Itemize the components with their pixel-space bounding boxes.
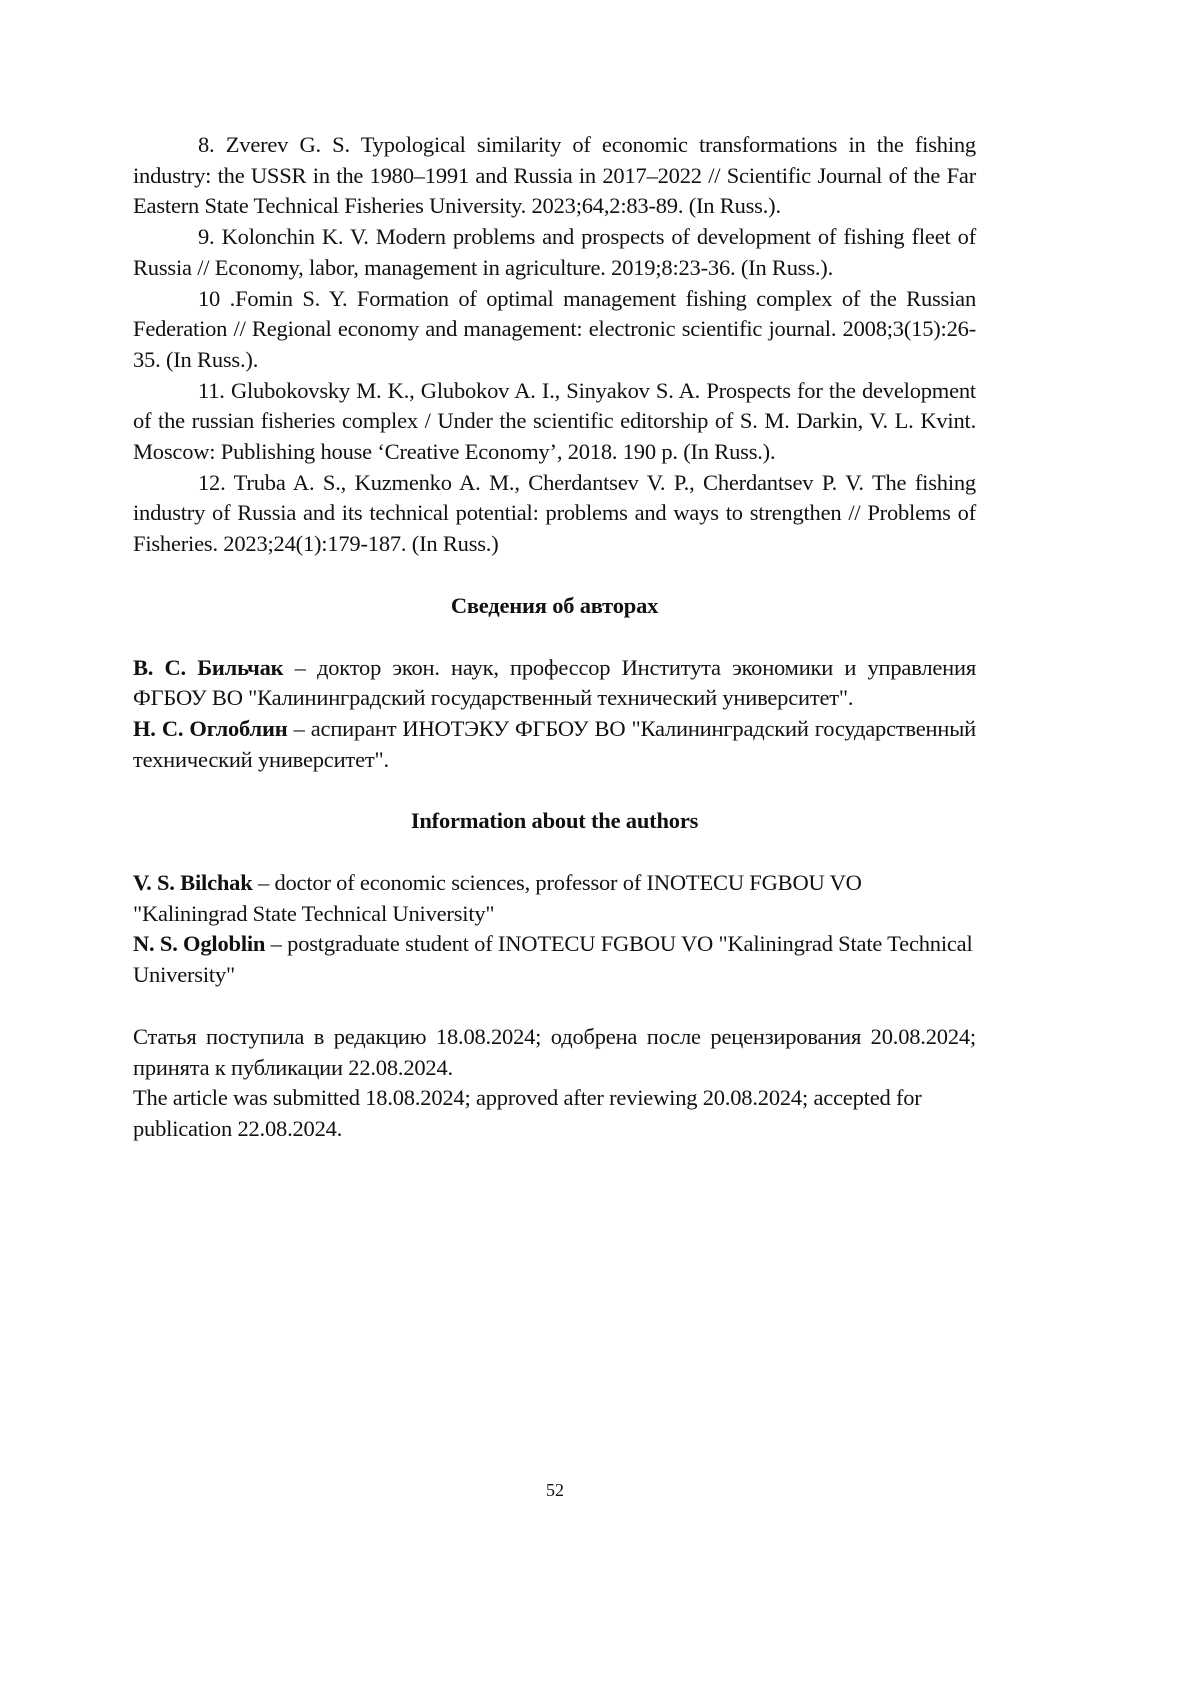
reference-text: Truba A. S., Kuzmenko A. M., Cherdantsev…: [133, 470, 976, 556]
author-separator: –: [288, 716, 311, 741]
reference-text: Kolonchin K. V. Modern problems and pros…: [133, 224, 976, 280]
reference-item: 12. Truba A. S., Kuzmenko A. M., Cherdan…: [133, 468, 976, 560]
authors-en-title: Information about the authors: [133, 806, 976, 837]
author-entry: V. S. Bilchak – doctor of economic scien…: [133, 868, 976, 929]
reference-item: 11. Glubokovsky M. K., Glubokov A. I., S…: [133, 376, 976, 468]
document-page: 8. Zverev G. S. Typological similarity o…: [133, 130, 976, 1145]
author-name: В. С. Бильчак: [133, 655, 283, 680]
reference-number: 8.: [198, 132, 214, 157]
article-dates-ru: Статья поступила в редакцию 18.08.2024; …: [133, 1022, 976, 1083]
article-dates-en: The article was submitted 18.08.2024; ap…: [133, 1083, 976, 1144]
authors-ru-title: Сведения об авторах: [133, 591, 976, 622]
author-entry: В. С. Бильчак – доктор экон. наук, профе…: [133, 653, 976, 714]
reference-text: Fomin S. Y. Formation of optimal managem…: [133, 286, 976, 372]
authors-ru-section: В. С. Бильчак – доктор экон. наук, профе…: [133, 653, 976, 776]
author-entry: N. S. Ogloblin – postgraduate student of…: [133, 929, 976, 990]
author-separator: –: [265, 931, 287, 956]
reference-number: 9.: [198, 224, 214, 249]
reference-text: Zverev G. S. Typological similarity of e…: [133, 132, 976, 218]
reference-number: 11.: [198, 378, 225, 403]
author-separator: –: [253, 870, 275, 895]
author-name: Н. С. Оглоблин: [133, 716, 288, 741]
author-entry: Н. С. Оглоблин – аспирант ИНОТЭКУ ФГБОУ …: [133, 714, 976, 775]
page-number: 52: [0, 1480, 1110, 1501]
author-name: N. S. Ogloblin: [133, 931, 265, 956]
reference-number: 12.: [198, 470, 226, 495]
authors-en-section: V. S. Bilchak – doctor of economic scien…: [133, 868, 976, 991]
author-separator: –: [283, 655, 317, 680]
reference-item: 8. Zverev G. S. Typological similarity o…: [133, 130, 976, 222]
reference-item: 9. Kolonchin K. V. Modern problems and p…: [133, 222, 976, 283]
reference-item: 10 .Fomin S. Y. Formation of optimal man…: [133, 284, 976, 376]
author-name: V. S. Bilchak: [133, 870, 253, 895]
references-list: 8. Zverev G. S. Typological similarity o…: [133, 130, 976, 560]
article-dates: Статья поступила в редакцию 18.08.2024; …: [133, 1022, 976, 1145]
reference-text: Glubokovsky M. K., Glubokov A. I., Sinya…: [133, 378, 976, 464]
reference-number: 10 .: [198, 286, 235, 311]
